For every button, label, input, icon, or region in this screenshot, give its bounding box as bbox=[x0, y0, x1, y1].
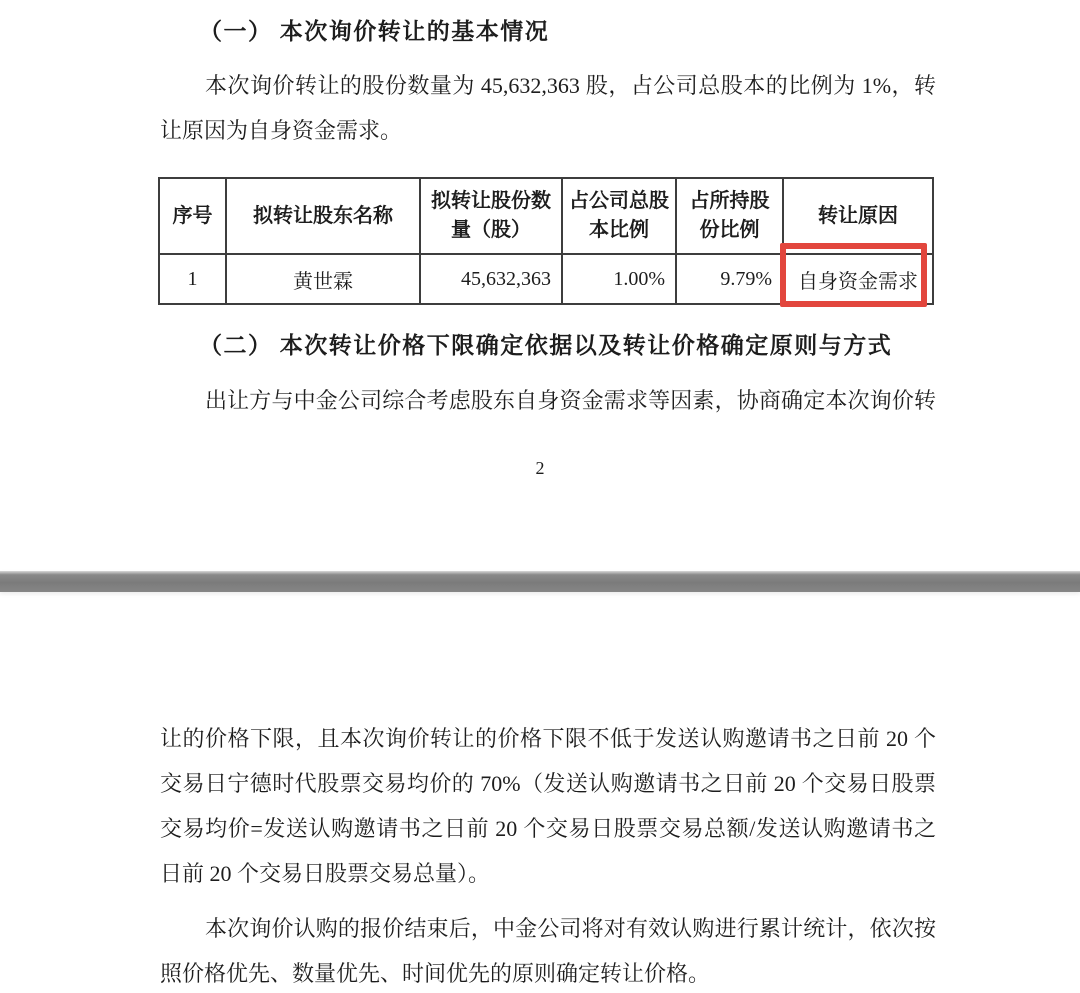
header-cell-index: 序号 bbox=[159, 178, 226, 254]
cell-transfer-reason: 自身资金需求 bbox=[783, 254, 933, 304]
paragraph-line: 让原因为自身资金需求。 bbox=[160, 108, 936, 153]
cell-shareholder-name: 黄世霖 bbox=[226, 254, 420, 304]
header-cell-share-quantity: 拟转让股份数 量（股） bbox=[420, 178, 562, 254]
header-cell-pct-total-capital: 占公司总股 本比例 bbox=[562, 178, 676, 254]
table-row: 1 黄世霖 45,632,363 1.00% 9.79% 自身资金需求 bbox=[159, 254, 933, 304]
paragraph-line: 出让方与中金公司综合考虑股东自身资金需求等因素，协商确定本次询价转 bbox=[160, 378, 936, 423]
page-break-divider bbox=[0, 571, 1080, 592]
paragraph-line: 本次询价转让的股份数量为 45,632,363 股，占公司总股本的比例为 1%，… bbox=[160, 63, 936, 108]
section-heading-1: （一） 本次询价转让的基本情况 bbox=[199, 13, 549, 46]
cell-index: 1 bbox=[159, 254, 226, 304]
cell-pct-held-shares: 9.79% bbox=[676, 254, 783, 304]
paragraph-line: 交易日宁德时代股票交易均价的 70%（发送认购邀请书之日前 20 个交易日股票 bbox=[160, 761, 936, 806]
intro-paragraph: 本次询价转让的股份数量为 45,632,363 股，占公司总股本的比例为 1%，… bbox=[160, 63, 936, 153]
cell-share-quantity: 45,632,363 bbox=[420, 254, 562, 304]
paragraph-line: 本次询价认购的报价结束后，中金公司将对有效认购进行累计统计，依次按 bbox=[160, 906, 936, 951]
paragraph-line: 日前 20 个交易日股票交易总量）。 bbox=[160, 851, 936, 896]
paragraph-line: 交易均价=发送认购邀请书之日前 20 个交易日股票交易总额/发送认购邀请书之 bbox=[160, 806, 936, 851]
paragraph-line: 照价格优先、数量优先、时间优先的原则确定转让价格。 bbox=[160, 951, 936, 993]
header-cell-pct-held-shares: 占所持股 份比例 bbox=[676, 178, 783, 254]
transfer-table: 序号 拟转让股东名称 拟转让股份数 量（股） 占公司总股 本比例 占所持股 份比… bbox=[158, 177, 934, 305]
price-basis-paragraph: 出让方与中金公司综合考虑股东自身资金需求等因素，协商确定本次询价转 bbox=[160, 378, 936, 423]
price-determination-paragraph: 本次询价认购的报价结束后，中金公司将对有效认购进行累计统计，依次按 照价格优先、… bbox=[160, 906, 936, 993]
shareholder-transfer-table: 序号 拟转让股东名称 拟转让股份数 量（股） 占公司总股 本比例 占所持股 份比… bbox=[158, 177, 932, 305]
header-cell-shareholder-name: 拟转让股东名称 bbox=[226, 178, 420, 254]
header-cell-transfer-reason: 转让原因 bbox=[783, 178, 933, 254]
section-heading-2: （二） 本次转让价格下限确定依据以及转让价格确定原则与方式 bbox=[199, 327, 892, 360]
paragraph-line: 让的价格下限，且本次询价转让的价格下限不低于发送认购邀请书之日前 20 个 bbox=[160, 716, 936, 761]
price-floor-paragraph: 让的价格下限，且本次询价转让的价格下限不低于发送认购邀请书之日前 20 个 交易… bbox=[160, 716, 936, 896]
page-number: 2 bbox=[0, 458, 1080, 479]
cell-pct-total-capital: 1.00% bbox=[562, 254, 676, 304]
document-page: { "page1": { "section1_heading": "（一） 本次… bbox=[0, 0, 1080, 993]
table-header-row: 序号 拟转让股东名称 拟转让股份数 量（股） 占公司总股 本比例 占所持股 份比… bbox=[159, 178, 933, 254]
